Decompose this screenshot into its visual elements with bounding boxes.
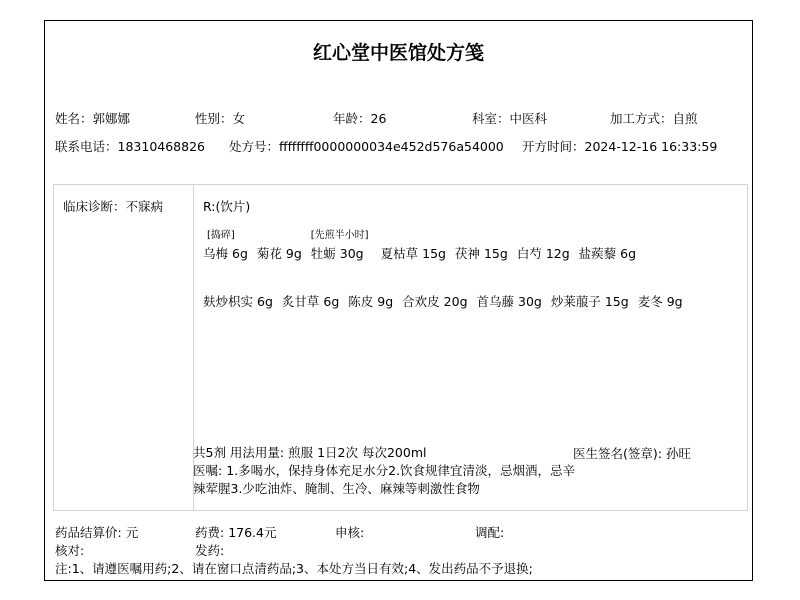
page-title: 红心堂中医馆处方笺	[45, 38, 752, 65]
patient-gender: 性别：女	[195, 109, 245, 127]
herb-dose: 20g	[444, 294, 468, 309]
herb-dose: 6g	[323, 294, 339, 309]
herb-name: 麦冬	[638, 294, 663, 309]
herb-dose: 6g	[232, 246, 248, 261]
herb-row-1: [捣碎] 乌梅 6g 菊花 9g [先煎半小时] 牡蛎 30g 夏枯草 15g …	[203, 244, 645, 262]
herb-item: 首乌藤 30g	[477, 292, 542, 310]
herb-dose: 30g	[518, 294, 542, 309]
herb-item: 夏枯草 15g	[381, 244, 446, 262]
patient-dept: 科室：中医科	[472, 109, 547, 127]
herb-item: 麸炒枳实 6g	[203, 292, 273, 310]
rx-no-value: ffffffff0000000034e452d576a54000	[279, 139, 504, 154]
herb-item: [先煎半小时] 牡蛎 30g	[311, 244, 364, 262]
settle-label: 药品结算价:	[55, 525, 122, 540]
doctor-signature: 医生签名(签章): 孙旺	[573, 444, 691, 462]
herb-note: [捣碎]	[207, 226, 235, 241]
herb-name: 麸炒枳实	[203, 294, 253, 309]
gender-value: 女	[233, 111, 246, 126]
herb-item: 陈皮 9g	[348, 292, 393, 310]
herb-item: 白芍 12g	[517, 244, 570, 262]
prescription-box: 临床诊断：不寐病 R:(饮片) [捣碎] 乌梅 6g 菊花 9g [先煎半小时]…	[53, 184, 748, 511]
review-field: 申核:	[335, 523, 364, 541]
herb-dose: 15g	[484, 246, 508, 261]
age-label: 年龄：	[333, 111, 371, 126]
diagnosis-value: 不寐病	[126, 199, 164, 214]
herb-name: 首乌藤	[477, 294, 515, 309]
herb-name: 白芍	[517, 246, 542, 261]
process-value: 自煎	[673, 111, 698, 126]
usage-dosage: 共5剂 用法用量: 煎服 1日2次 每次200ml	[193, 444, 426, 462]
dept-label: 科室：	[472, 111, 510, 126]
herb-dose: 15g	[605, 294, 629, 309]
patient-age: 年龄：26	[333, 109, 386, 127]
doctor-label: 医生签名(签章):	[573, 446, 662, 461]
prescription-type: R:(饮片)	[203, 197, 250, 215]
herb-dose: 9g	[377, 294, 393, 309]
herb-item: 茯神 15g	[455, 244, 508, 262]
process-method: 加工方式：自煎	[610, 109, 698, 127]
medical-advice: 医嘱: 1.多喝水，保持身体充足水分2.饮食规律宜清淡，忌烟酒，忌辛辣荤腥3.少…	[193, 462, 583, 498]
herb-dose: 9g	[286, 246, 302, 261]
advice-label: 医嘱:	[193, 463, 222, 478]
herb-item: 菊花 9g	[257, 244, 302, 262]
age-value: 26	[371, 111, 387, 126]
name-value: 郭娜娜	[93, 111, 131, 126]
dispense-field: 调配:	[475, 523, 504, 541]
drug-fee: 药费: 176.4元	[195, 523, 277, 541]
herb-name: 菊花	[257, 246, 282, 261]
name-label: 姓名：	[55, 111, 93, 126]
herb-dose: 6g	[620, 246, 636, 261]
footer-notes: 注:1、请遵医嘱用药;2、请在窗口点清药品;3、本处方当日有效;4、发出药品不予…	[55, 559, 533, 577]
fee-value: 176.4元	[228, 525, 276, 540]
gender-label: 性别：	[195, 111, 233, 126]
herb-dose: 30g	[340, 246, 364, 261]
herb-item: 合欢皮 20g	[402, 292, 467, 310]
phone-value: 18310468826	[118, 139, 205, 154]
herb-dose: 12g	[546, 246, 570, 261]
herb-row-2: 麸炒枳实 6g 炙甘草 6g 陈皮 9g 合欢皮 20g 首乌藤 30g 炒莱菔…	[203, 292, 692, 310]
rx-time-value: 2024-12-16 16:33:59	[585, 139, 718, 154]
prescription-number: 处方号：ffffffff0000000034e452d576a54000	[229, 137, 504, 155]
patient-name: 姓名：郭娜娜	[55, 109, 130, 127]
prescription-time: 开方时间：2024-12-16 16:33:59	[522, 137, 717, 155]
doctor-name: 孙旺	[666, 446, 691, 461]
herb-item: 炙甘草 6g	[282, 292, 339, 310]
rx-time-label: 开方时间：	[522, 139, 585, 154]
diagnosis-label: 临床诊断：	[63, 199, 126, 214]
herb-name: 牡蛎	[311, 246, 336, 261]
herb-name: 盐蒺藜	[579, 246, 617, 261]
herb-dose: 9g	[667, 294, 683, 309]
clinical-diagnosis: 临床诊断：不寐病	[63, 197, 163, 215]
herb-name: 茯神	[455, 246, 480, 261]
check-field: 核对:	[55, 541, 84, 559]
herb-item: 麦冬 9g	[638, 292, 683, 310]
herb-dose: 6g	[257, 294, 273, 309]
herb-name: 乌梅	[203, 246, 228, 261]
advice-text: 1.多喝水，保持身体充足水分2.饮食规律宜清淡，忌烟酒，忌辛辣荤腥3.少吃油炸、…	[193, 463, 575, 496]
dept-value: 中医科	[510, 111, 548, 126]
herb-item: 盐蒺藜 6g	[579, 244, 636, 262]
fee-label: 药费:	[195, 525, 224, 540]
herb-note: [先煎半小时]	[311, 226, 369, 241]
herb-name: 陈皮	[348, 294, 373, 309]
herb-name: 合欢皮	[402, 294, 440, 309]
settlement-price: 药品结算价: 元	[55, 523, 138, 541]
herb-item: [捣碎] 乌梅 6g	[203, 244, 248, 262]
rx-no-label: 处方号：	[229, 139, 279, 154]
herb-name: 炒莱菔子	[551, 294, 601, 309]
settle-value: 元	[126, 525, 139, 540]
herb-name: 夏枯草	[381, 246, 419, 261]
prescription-sheet: 红心堂中医馆处方笺 姓名：郭娜娜 性别：女 年龄：26 科室：中医科 加工方式：…	[44, 20, 753, 581]
herb-dose: 15g	[422, 246, 446, 261]
herb-item: 炒莱菔子 15g	[551, 292, 629, 310]
process-label: 加工方式：	[610, 111, 673, 126]
herb-name: 炙甘草	[282, 294, 320, 309]
issue-field: 发药:	[195, 541, 224, 559]
phone-label: 联系电话：	[55, 139, 118, 154]
patient-phone: 联系电话：18310468826	[55, 137, 205, 155]
